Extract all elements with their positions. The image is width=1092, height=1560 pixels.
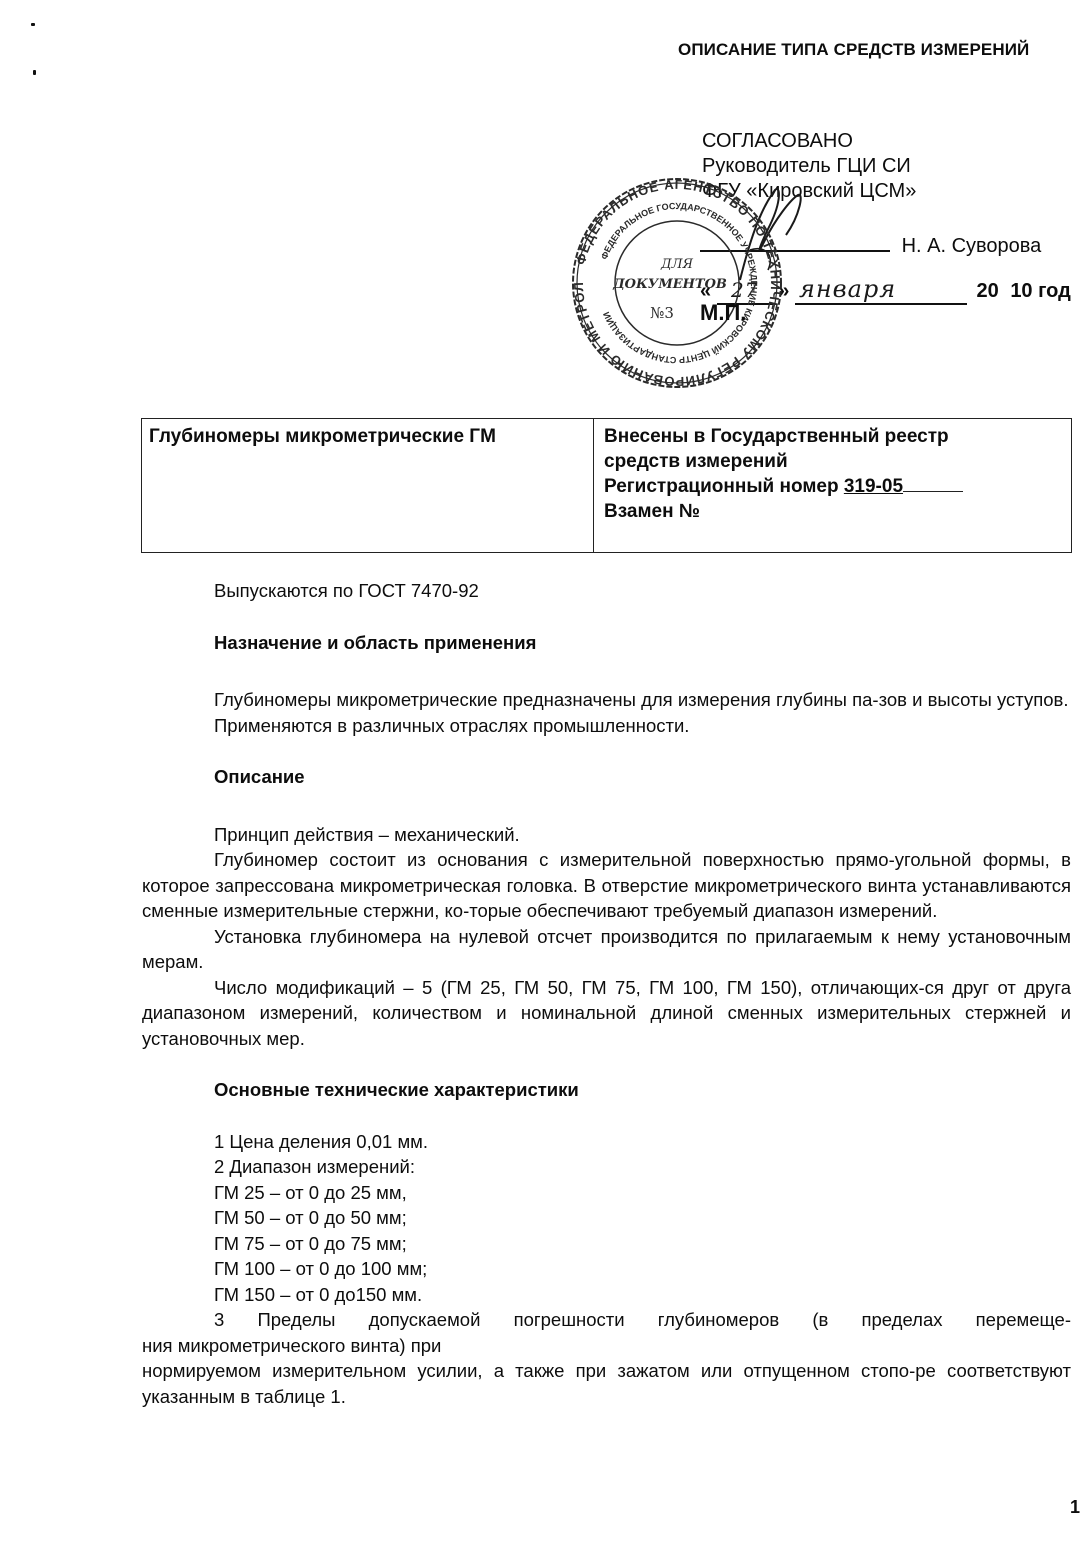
scan-speck xyxy=(33,70,36,75)
description-paragraph-2: Глубиномер состоит из основания с измери… xyxy=(142,847,1071,924)
product-name: Глубиномеры микрометрические ГМ xyxy=(149,424,586,449)
date-month-field: января xyxy=(795,275,967,305)
approval-position: Руководитель ГЦИ СИ xyxy=(702,154,916,179)
spec-item-2: 2 Диапазон измерений: xyxy=(142,1154,1071,1180)
range-item: ГМ 150 – от 0 до150 мм. xyxy=(142,1282,1071,1308)
official-stamp: ФЕДЕРАЛЬНОЕ АГЕНТСТВО ПО ТЕХНИЧЕСКОМУ РЕ… xyxy=(566,178,788,388)
replacement-number-line: Взамен № xyxy=(604,499,1061,524)
spec-item-1: 1 Цена деления 0,01 мм. xyxy=(142,1129,1071,1155)
stamp-place-label: М.П. xyxy=(700,300,746,326)
registry-number: 319-05 xyxy=(844,476,903,497)
range-item: ГМ 75 – от 0 до 75 мм; xyxy=(142,1231,1071,1257)
registry-number-fill-line xyxy=(903,490,963,492)
registry-number-label: Регистрационный номер xyxy=(604,476,844,497)
approval-heading: СОГЛАСОВАНО xyxy=(702,129,916,154)
section-heading-description: Описание xyxy=(142,764,1071,790)
spec-item-3-continuation: нормируемом измерительном усилии, а такж… xyxy=(142,1358,1071,1409)
registry-line-2: средств измерений xyxy=(604,449,1061,474)
registry-line-1: Внесены в Государственный реестр xyxy=(604,424,1061,449)
description-paragraph-3: Установка глубиномера на нулевой отсчет … xyxy=(142,924,1071,975)
description-paragraph-4: Число модификаций – 5 (ГМ 25, ГМ 50, ГМ … xyxy=(142,975,1071,1052)
date-year-prefix: 20 xyxy=(977,280,999,302)
stamp-center-line1: ДЛЯ xyxy=(660,257,693,272)
signatory-name: Н. А. Суворова xyxy=(902,235,1042,257)
product-name-cell: Глубиномеры микрометрические ГМ xyxy=(142,419,594,552)
page-number: 1 xyxy=(1070,1497,1080,1518)
document-header-title: ОПИСАНИЕ ТИПА СРЕДСТВ ИЗМЕРЕНИЙ xyxy=(678,40,1029,60)
purpose-paragraph-1: Глубиномеры микрометрические предназначе… xyxy=(142,687,1071,713)
spec-item-3-line1: 3 Пределы допускаемой погрешности глубин… xyxy=(142,1307,1071,1333)
section-heading-specs: Основные технические характеристики xyxy=(142,1077,1071,1103)
stamp-seal-icon: ФЕДЕРАЛЬНОЕ АГЕНТСТВО ПО ТЕХНИЧЕСКОМУ РЕ… xyxy=(566,178,788,388)
range-item: ГМ 25 – от 0 до 25 мм, xyxy=(142,1180,1071,1206)
document-body: Выпускаются по ГОСТ 7470-92 Назначение и… xyxy=(142,578,1071,1409)
scan-speck xyxy=(31,23,35,26)
registry-number-line: Регистрационный номер 319-05 xyxy=(604,474,1061,499)
description-paragraph-1: Принцип действия – механический. xyxy=(142,822,1071,848)
registry-table: Глубиномеры микрометрические ГМ Внесены … xyxy=(141,418,1072,553)
purpose-paragraph-2: Применяются в различных отраслях промышл… xyxy=(142,713,1071,739)
registry-info-cell: Внесены в Государственный реестр средств… xyxy=(594,419,1071,552)
range-item: ГМ 100 – от 0 до 100 мм; xyxy=(142,1256,1071,1282)
spec-item-3-line2: ния микрометрического винта) при xyxy=(142,1333,1071,1359)
section-heading-purpose: Назначение и область применения xyxy=(142,630,1071,656)
gost-reference: Выпускаются по ГОСТ 7470-92 xyxy=(142,578,1071,604)
stamp-center-line3: №3 xyxy=(650,304,674,322)
date-year-suffix: 10 год xyxy=(1010,280,1071,302)
stamp-center-line2: ДОКУМЕНТОВ xyxy=(612,277,727,292)
date-month-handwritten: января xyxy=(799,275,896,303)
range-item: ГМ 50 – от 0 до 50 мм; xyxy=(142,1205,1071,1231)
